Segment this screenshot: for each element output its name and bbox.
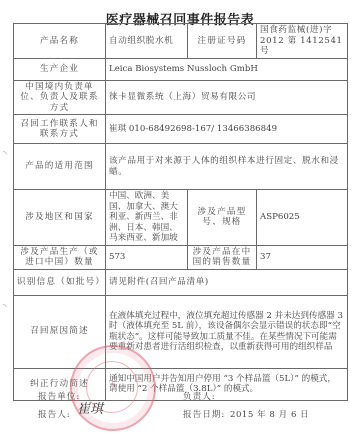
- value-manufacturer: Leica Biosystems Nussloch GmbH: [106, 58, 348, 80]
- label-domestic-responsible: 中国境内负责单位、负责人及联系方式: [14, 80, 106, 115]
- value-identification: 请见附件(召回产品清单): [106, 269, 348, 295]
- label-recall-reason: 召回原因简述: [14, 295, 106, 368]
- value-production-qty: 573: [106, 245, 188, 269]
- label-identification: 识别信息（如批号）: [14, 269, 106, 295]
- row-manufacturer: 生产企业 Leica Biosystems Nussloch GmbH: [14, 58, 348, 80]
- label-intended-use: 产品的适用范围: [14, 144, 106, 190]
- label-manufacturer: 生产企业: [14, 58, 106, 80]
- row-intended-use: 产品的适用范围 该产品用于对来源于人体的组织样本进行固定、脱水和浸蜡。: [14, 144, 348, 190]
- margin-mark: ◝: [3, 303, 7, 313]
- label-recall-contact: 召回工作联系人和联系方式: [14, 115, 106, 144]
- row-regions-model: 涉及地区和国家 中国、欧洲、美国、加拿大、澳大利亚、新西兰、非洲、日本、韩国、马…: [14, 190, 348, 246]
- value-recall-reason: 在液体填充过程中，液位填充超过传感器 2 并未达到传感器 3 时（液体填充至 5…: [106, 295, 348, 368]
- reporter-signature: 崔琪: [77, 398, 103, 417]
- value-regions: 中国、欧洲、美国、加拿大、澳大利亚、新西兰、非洲、日本、韩国、马来西亚、新加坡: [106, 190, 188, 246]
- row-recall-reason: 召回原因简述 在液体填充过程中，液位填充超过传感器 2 并未达到传感器 3 时（…: [14, 295, 348, 368]
- value-china-sales-qty: 37: [257, 245, 348, 269]
- value-intended-use: 该产品用于对来源于人体的组织样本进行固定、脱水和浸蜡。: [106, 144, 348, 190]
- value-corrective-action: 通知中国用户并告知用户停用 “3 个样品篮（5L）” 的模式，请使用 “2 个样…: [106, 368, 348, 400]
- value-domestic-responsible: 徕卡显微系统（上海）贸易有限公司: [106, 80, 348, 115]
- label-regions: 涉及地区和国家: [14, 190, 106, 246]
- value-recall-contact: 崔琪 010-68492698-167/ 13466386849: [106, 115, 348, 144]
- report-date-label: 报告日期:: [183, 408, 225, 420]
- label-registration: 注册证号码: [188, 24, 257, 59]
- row-recall-contact: 召回工作联系人和联系方式 崔琪 010-68492698-167/ 134663…: [14, 115, 348, 144]
- row-identification: 识别信息（如批号） 请见附件(召回产品清单): [14, 269, 348, 295]
- label-product-name: 产品名称: [14, 24, 106, 59]
- responsible-person-label: 负责人:: [183, 390, 216, 402]
- label-production-qty: 涉及产品生产（或进口中国）数量: [14, 245, 106, 269]
- report-date-value: 2015 年 8 月 6 日: [230, 408, 309, 420]
- value-product-name: 自动组织脱水机: [106, 24, 188, 59]
- margin-mark: ◝: [3, 150, 7, 160]
- reporter-label: 报告人:: [38, 408, 71, 420]
- label-china-sales-qty: 涉及产品在中国的销售数量: [188, 245, 257, 269]
- recall-report-table: 产品名称 自动组织脱水机 注册证号码 国食药监械(进)字2012 第 14125…: [13, 23, 348, 401]
- row-quantities: 涉及产品生产（或进口中国）数量 573 涉及产品在中国的销售数量 37: [14, 245, 348, 269]
- value-model: ASP6025: [257, 190, 348, 246]
- value-registration: 国食药监械(进)字2012 第 1412541 号: [257, 24, 348, 59]
- label-model: 涉及产品型号、规格: [188, 190, 257, 246]
- row-product-name: 产品名称 自动组织脱水机 注册证号码 国食药监械(进)字2012 第 14125…: [14, 24, 348, 59]
- row-domestic-responsible: 中国境内负责单位、负责人及联系方式 徕卡显微系统（上海）贸易有限公司: [14, 80, 348, 115]
- reporting-unit-label: 报告单位:: [38, 390, 80, 402]
